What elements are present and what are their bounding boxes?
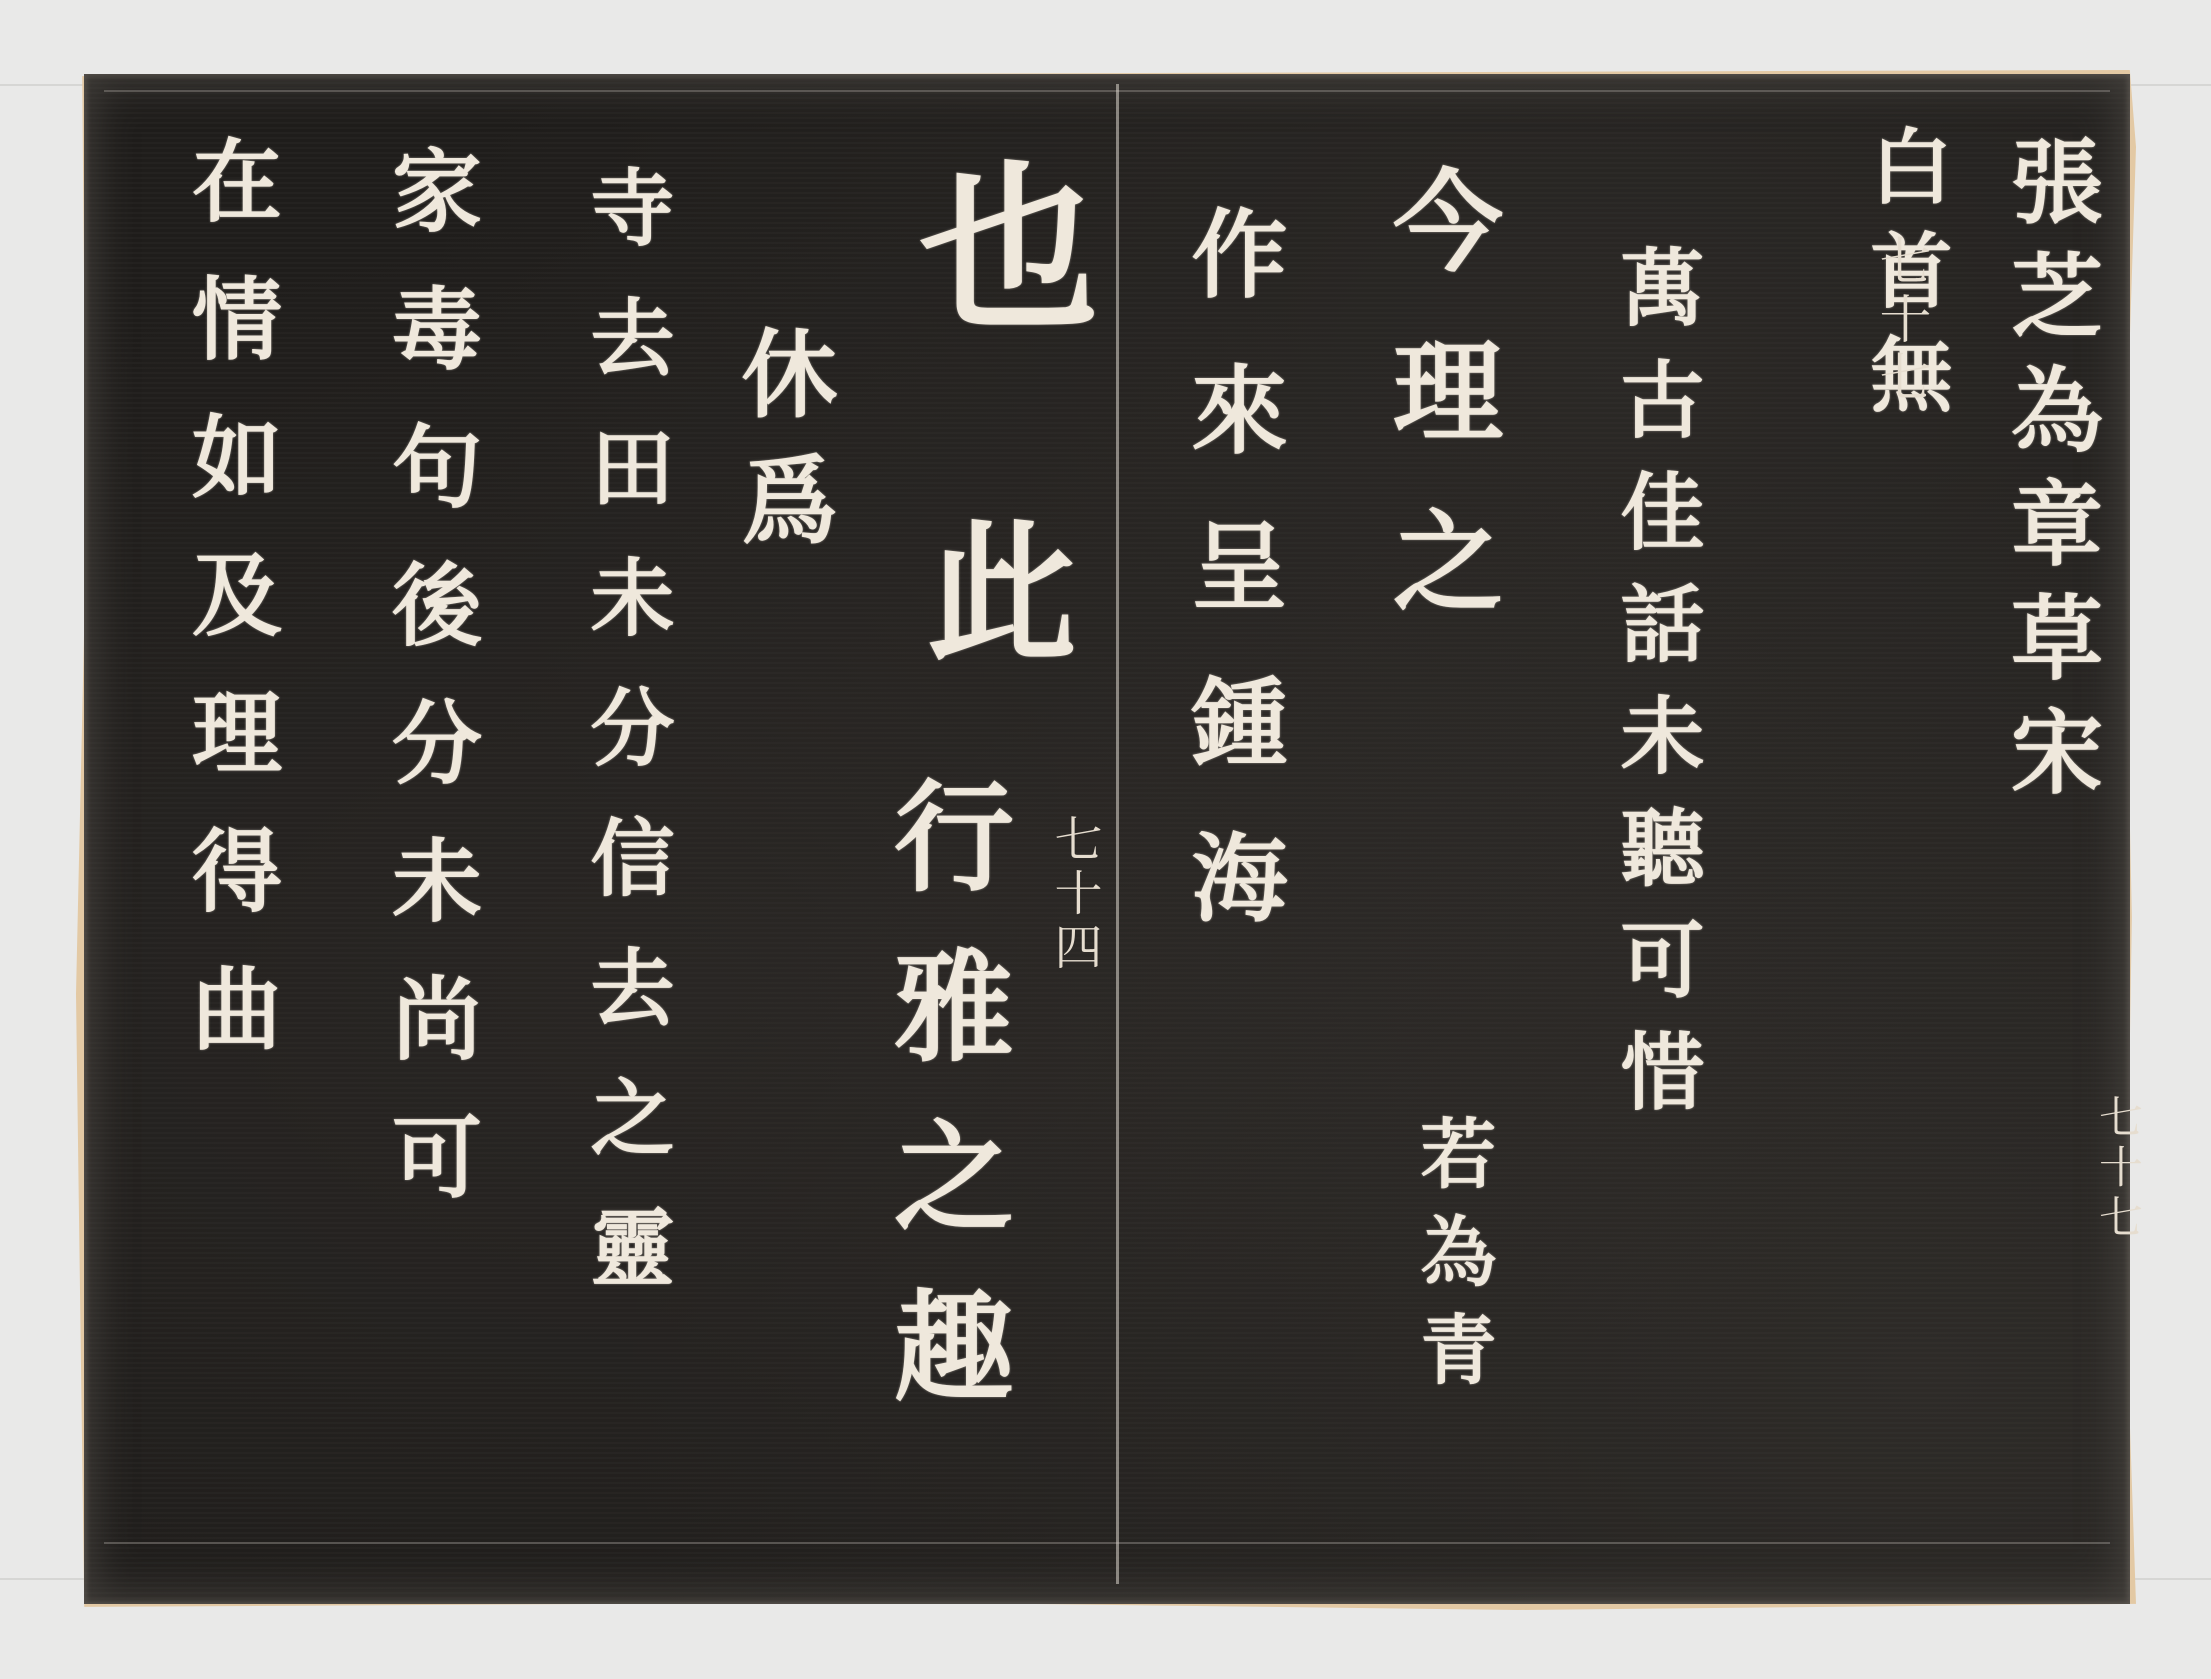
calligraphy-column-11: 休爲 — [734, 324, 830, 576]
center-fold-line — [1116, 84, 1119, 1584]
annotation-numeral: 七十七 — [1874, 234, 1926, 408]
bottom-border-rule — [104, 1542, 2110, 1544]
calligraphy-column-6: 若為青 — [1414, 1114, 1490, 1408]
calligraphy-column-10: 行雅之趣 — [884, 774, 1004, 1454]
calligraphy-column-7: 作來呈鍾海 — [1184, 204, 1280, 984]
top-border-rule — [104, 90, 2110, 92]
calligraphy-column-14: 在情如及理得曲 — [184, 134, 274, 1100]
calligraphy-column-3: 萬古佳話未聽可惜 — [1614, 244, 1698, 1140]
calligraphy-column-9: 此 — [914, 514, 1064, 686]
annotation-numeral-edge: 七十七 — [2094, 1094, 2138, 1244]
annotation-numeral-middle: 七十四 — [1050, 814, 1098, 976]
calligraphy-column-12: 寺去田未分信去之靈 — [584, 164, 668, 1334]
calligraphy-column-8: 也 — [904, 154, 1084, 356]
rubbing-sheet: 張芝為章草宋 白首無 七十七 萬古佳話未聽可惜 今理之 若為青 作來呈鍾海 七十… — [84, 74, 2130, 1604]
calligraphy-column-1: 張芝為章草宋 — [2004, 134, 2096, 818]
calligraphy-column-4: 今理之 — [1384, 164, 1494, 674]
calligraphy-column-13: 家毒句後分未尚可 — [384, 144, 474, 1248]
